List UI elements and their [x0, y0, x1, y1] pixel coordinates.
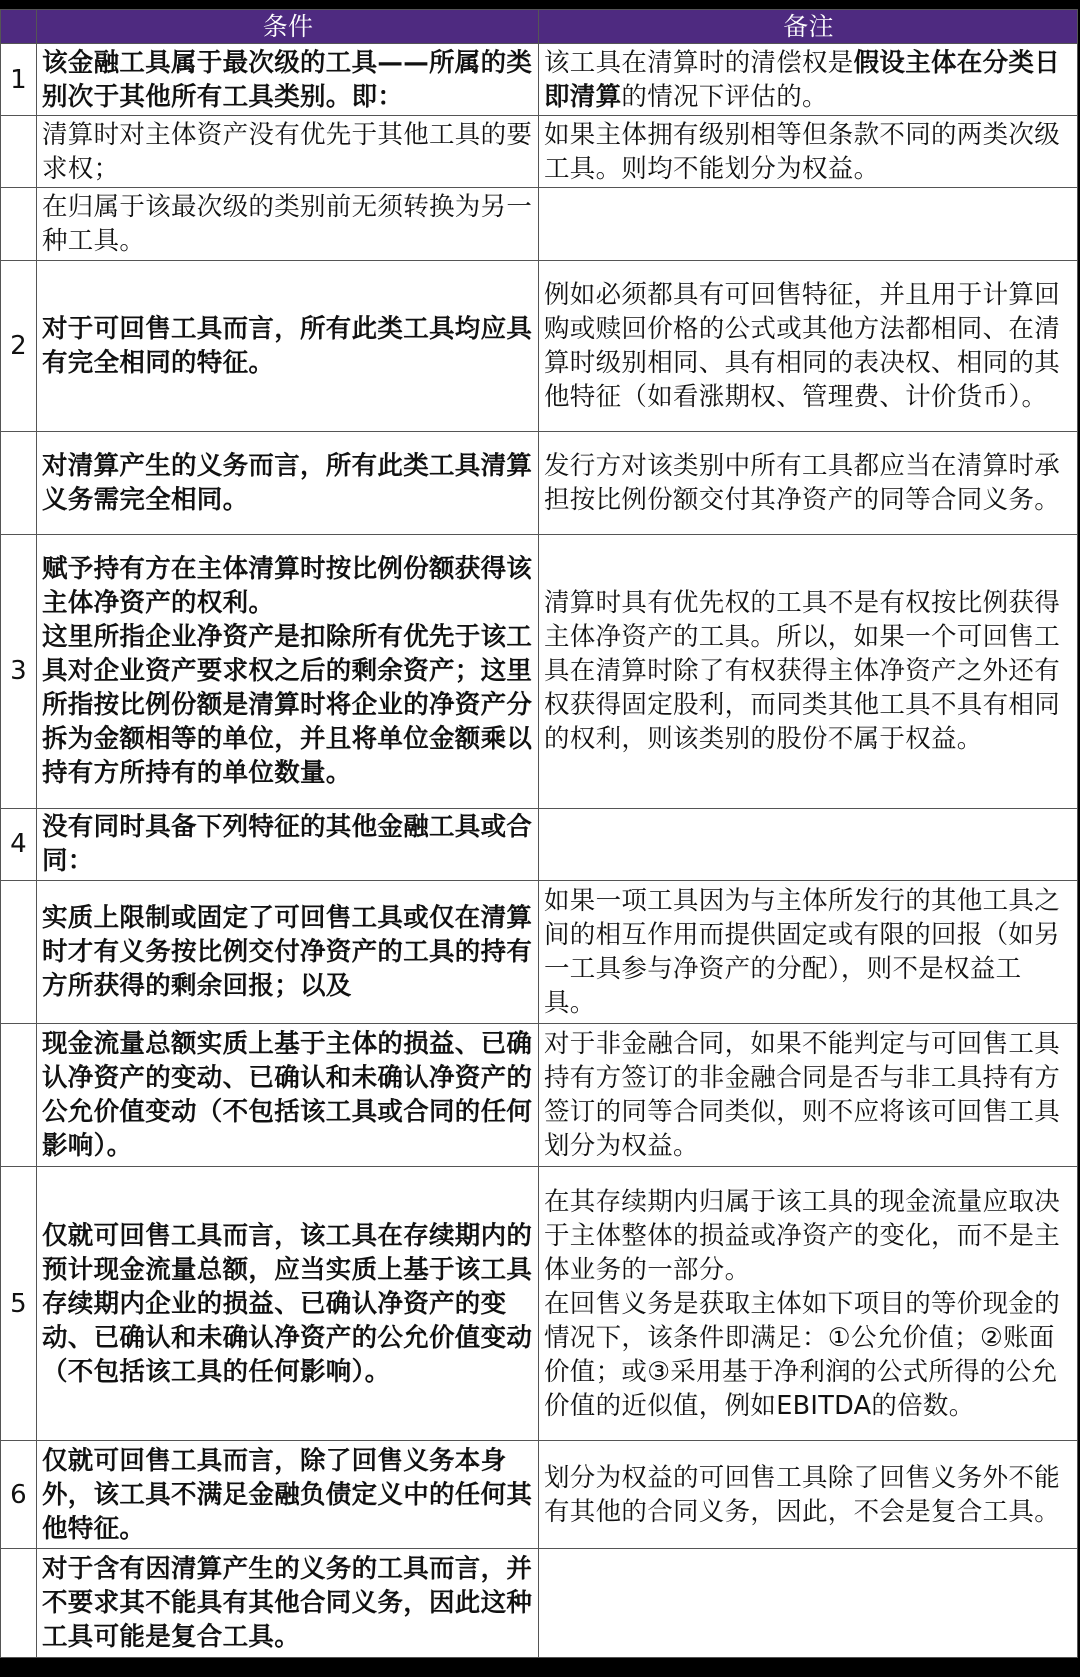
- note-cell: 例如必须都具有可回售特征，并且用于计算回购或赎回价格的公式或其他方法都相同、在清…: [539, 260, 1078, 432]
- note-cell: [539, 808, 1078, 880]
- row-number: [1, 880, 37, 1023]
- note-cell: 如果一项工具因为与主体所发行的其他工具之间的相互作用而提供固定或有限的回报（如另…: [539, 880, 1078, 1023]
- row-number: 1: [1, 44, 37, 116]
- condition-cell: 该金融工具属于最次级的工具——所属的类别次于其他所有工具类别。即：: [37, 44, 539, 116]
- table-row: 2 对于可回售工具而言，所有此类工具均应具有完全相同的特征。 例如必须都具有可回…: [1, 260, 1078, 432]
- note-cell: 清算时具有优先权的工具不是有权按比例获得主体净资产的工具。所以，如果一个可回售工…: [539, 534, 1078, 808]
- condition-cell: 对清算产生的义务而言，所有此类工具清算义务需完全相同。: [37, 432, 539, 535]
- row-number: 2: [1, 260, 37, 432]
- table-row: 清算时对主体资产没有优先于其他工具的要求权； 如果主体拥有级别相等但条款不同的两…: [1, 116, 1078, 188]
- table-row: 6 仅就可回售工具而言，除了回售义务本身外，该工具不满足金融负债定义中的任何其他…: [1, 1441, 1078, 1549]
- condition-cell: 清算时对主体资产没有优先于其他工具的要求权；: [37, 116, 539, 188]
- table-row: 对清算产生的义务而言，所有此类工具清算义务需完全相同。 发行方对该类别中所有工具…: [1, 432, 1078, 535]
- note-cell: 如果主体拥有级别相等但条款不同的两类次级工具。则均不能划分为权益。: [539, 116, 1078, 188]
- condition-cell: 仅就可回售工具而言，该工具在存续期内的预计现金流量总额，应当实质上基于该工具存续…: [37, 1167, 539, 1441]
- note-cell: 在其存续期内归属于该工具的现金流量应取决于主体整体的损益或净资产的变化，而不是主…: [539, 1167, 1078, 1441]
- condition-cell: 没有同时具备下列特征的其他金融工具或合同：: [37, 808, 539, 880]
- condition-cell: 现金流量总额实质上基于主体的损益、已确认净资产的变动、已确认和未确认净资产的公允…: [37, 1024, 539, 1167]
- row-number: 3: [1, 534, 37, 808]
- table-row: 5 仅就可回售工具而言，该工具在存续期内的预计现金流量总额，应当实质上基于该工具…: [1, 1167, 1078, 1441]
- table-row: 在归属于该最次级的类别前无须转换为另一种工具。: [1, 188, 1078, 260]
- table-row: 4 没有同时具备下列特征的其他金融工具或合同：: [1, 808, 1078, 880]
- row-number: [1, 188, 37, 260]
- note-cell: [539, 1549, 1078, 1658]
- table-header-row: 条件 备注: [1, 10, 1078, 44]
- row-number: [1, 1024, 37, 1167]
- note-text: 的情况下评估的。: [621, 82, 827, 112]
- row-number: 5: [1, 1167, 37, 1441]
- condition-cell: 仅就可回售工具而言，除了回售义务本身外，该工具不满足金融负债定义中的任何其他特征…: [37, 1441, 539, 1549]
- row-number: 4: [1, 808, 37, 880]
- header-note: 备注: [539, 10, 1078, 44]
- note-cell: 对于非金融合同，如果不能判定与可回售工具持有方签订的非金融合同是否与非工具持有方…: [539, 1024, 1078, 1167]
- table-row: 3 赋予持有方在主体清算时按比例份额获得该主体净资产的权利。 这里所指企业净资产…: [1, 534, 1078, 808]
- condition-cell: 对于含有因清算产生的义务的工具而言，并不要求其不能具有其他合同义务，因此这种工具…: [37, 1549, 539, 1658]
- row-number: [1, 432, 37, 535]
- condition-cell: 实质上限制或固定了可回售工具或仅在清算时才有义务按比例交付净资产的工具的持有方所…: [37, 880, 539, 1023]
- note-cell: 该工具在清算时的清偿权是假设主体在分类日即清算的情况下评估的。: [539, 44, 1078, 116]
- row-number: 6: [1, 1441, 37, 1549]
- note-cell: 划分为权益的可回售工具除了回售义务外不能有其他的合同义务，因此，不会是复合工具。: [539, 1441, 1078, 1549]
- condition-cell: 在归属于该最次级的类别前无须转换为另一种工具。: [37, 188, 539, 260]
- row-number: [1, 116, 37, 188]
- header-condition: 条件: [37, 10, 539, 44]
- conditions-table: 条件 备注 1 该金融工具属于最次级的工具——所属的类别次于其他所有工具类别。即…: [0, 9, 1078, 1658]
- condition-cell: 赋予持有方在主体清算时按比例份额获得该主体净资产的权利。 这里所指企业净资产是扣…: [37, 534, 539, 808]
- table-row: 实质上限制或固定了可回售工具或仅在清算时才有义务按比例交付净资产的工具的持有方所…: [1, 880, 1078, 1023]
- table-row: 1 该金融工具属于最次级的工具——所属的类别次于其他所有工具类别。即： 该工具在…: [1, 44, 1078, 116]
- note-cell: 发行方对该类别中所有工具都应当在清算时承担按比例份额交付其净资产的同等合同义务。: [539, 432, 1078, 535]
- row-number: [1, 1549, 37, 1658]
- conditions-table-sheet: 条件 备注 1 该金融工具属于最次级的工具——所属的类别次于其他所有工具类别。即…: [0, 9, 1077, 1658]
- table-row: 现金流量总额实质上基于主体的损益、已确认净资产的变动、已确认和未确认净资产的公允…: [1, 1024, 1078, 1167]
- condition-cell: 对于可回售工具而言，所有此类工具均应具有完全相同的特征。: [37, 260, 539, 432]
- table-row: 对于含有因清算产生的义务的工具而言，并不要求其不能具有其他合同义务，因此这种工具…: [1, 1549, 1078, 1658]
- note-cell: [539, 188, 1078, 260]
- header-num: [1, 10, 37, 44]
- note-text: 该工具在清算时的清偿权是: [544, 48, 854, 78]
